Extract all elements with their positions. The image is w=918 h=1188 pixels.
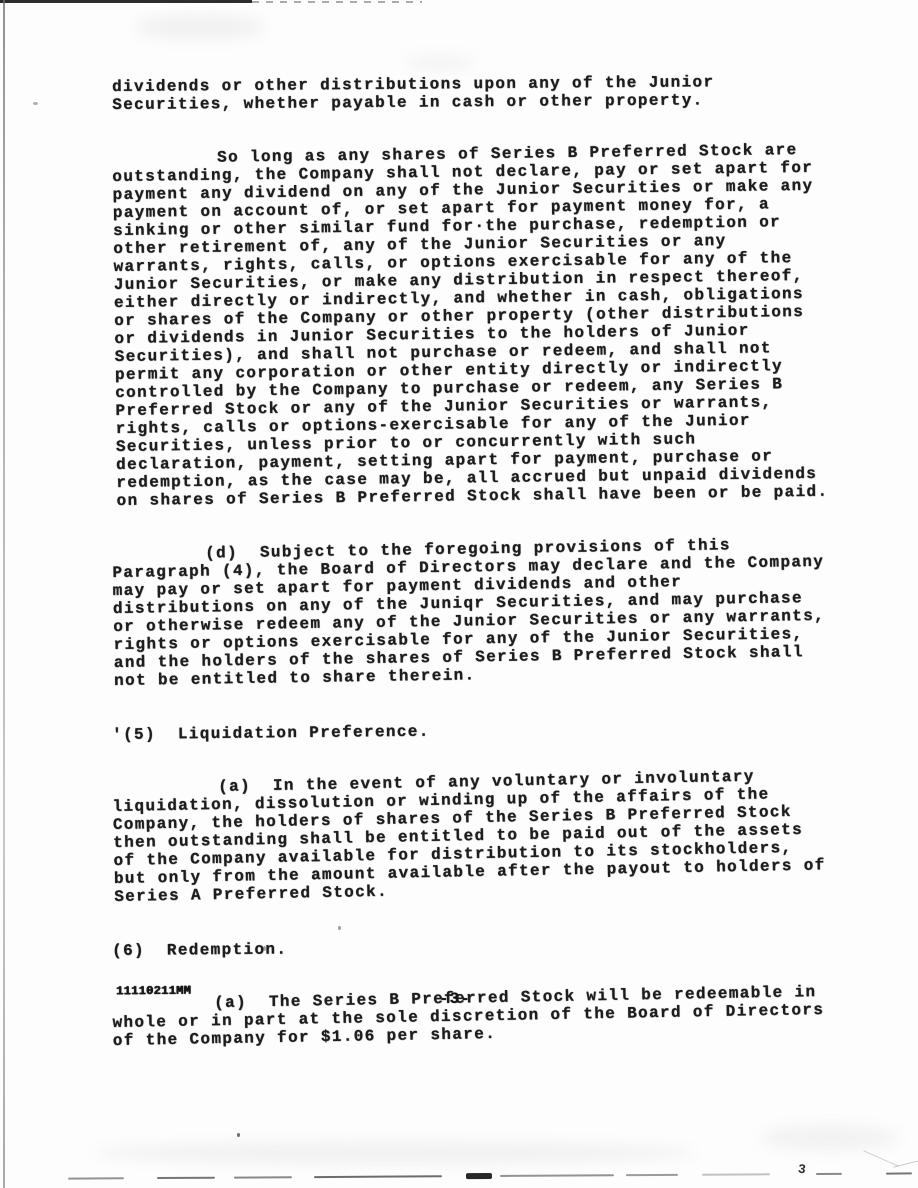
paragraph-subsection-6a: (a) The Series B Preferred Stock will be…	[112, 981, 913, 1050]
scan-artifact-scratch	[863, 1150, 898, 1166]
scanned-document-page: dividends or other distributions upon an…	[0, 0, 918, 1188]
scan-artifact-speck	[263, 946, 266, 951]
scan-artifact-line-segment	[626, 1174, 678, 1176]
paragraph-subsection-d: (d) Subject to the foregoing provisions …	[112, 533, 914, 690]
paragraph-continuation: dividends or other distributions upon an…	[112, 72, 912, 114]
scan-artifact-smudge	[135, 14, 265, 40]
scan-artifact-bottom-line	[0, 1170, 918, 1184]
scan-artifact-line-segment	[500, 1174, 614, 1177]
scan-artifact-line-segment	[68, 1177, 124, 1179]
scan-artifact-speck	[338, 926, 341, 930]
scan-artifact-speck	[33, 102, 38, 105]
scan-artifact-line-segment	[157, 1177, 215, 1179]
heading-liquidation-preference: '(5) Liquidation Preference.	[112, 718, 912, 744]
document-body: dividends or other distributions upon an…	[112, 42, 912, 1086]
paragraph-covenant: So long as any shares of Series B Prefer…	[112, 140, 917, 510]
scan-artifact-smudge	[95, 1142, 695, 1164]
scan-artifact-smudge	[760, 1125, 900, 1151]
heading-redemption: (6) Redemption.	[112, 935, 912, 960]
scan-artifact-left-edge-line	[3, 0, 5, 1188]
scan-artifact-line-segment	[234, 1176, 292, 1178]
scan-artifact-speck	[237, 1133, 240, 1137]
scan-artifact-top-edge-line	[0, 0, 252, 3]
scan-artifact-line-segment	[314, 1175, 442, 1178]
scan-artifact-scratch	[893, 1159, 918, 1167]
scan-artifact-line-segment	[702, 1173, 770, 1175]
scan-artifact-bottom-right-mark: 3	[797, 1162, 807, 1178]
scan-artifact-smudge	[405, 55, 475, 71]
footer-doc-code: 11110211MM	[116, 984, 191, 999]
paragraph-subsection-5a: (a) In the event of any voluntary or inv…	[112, 765, 914, 906]
scan-artifact-line-segment	[886, 1172, 912, 1174]
page-number: -3-	[439, 990, 471, 1008]
scan-artifact-top-edge-dashes	[252, 1, 422, 3]
scan-artifact-ink-blob	[466, 1173, 492, 1179]
scan-artifact-line-segment	[816, 1173, 842, 1175]
